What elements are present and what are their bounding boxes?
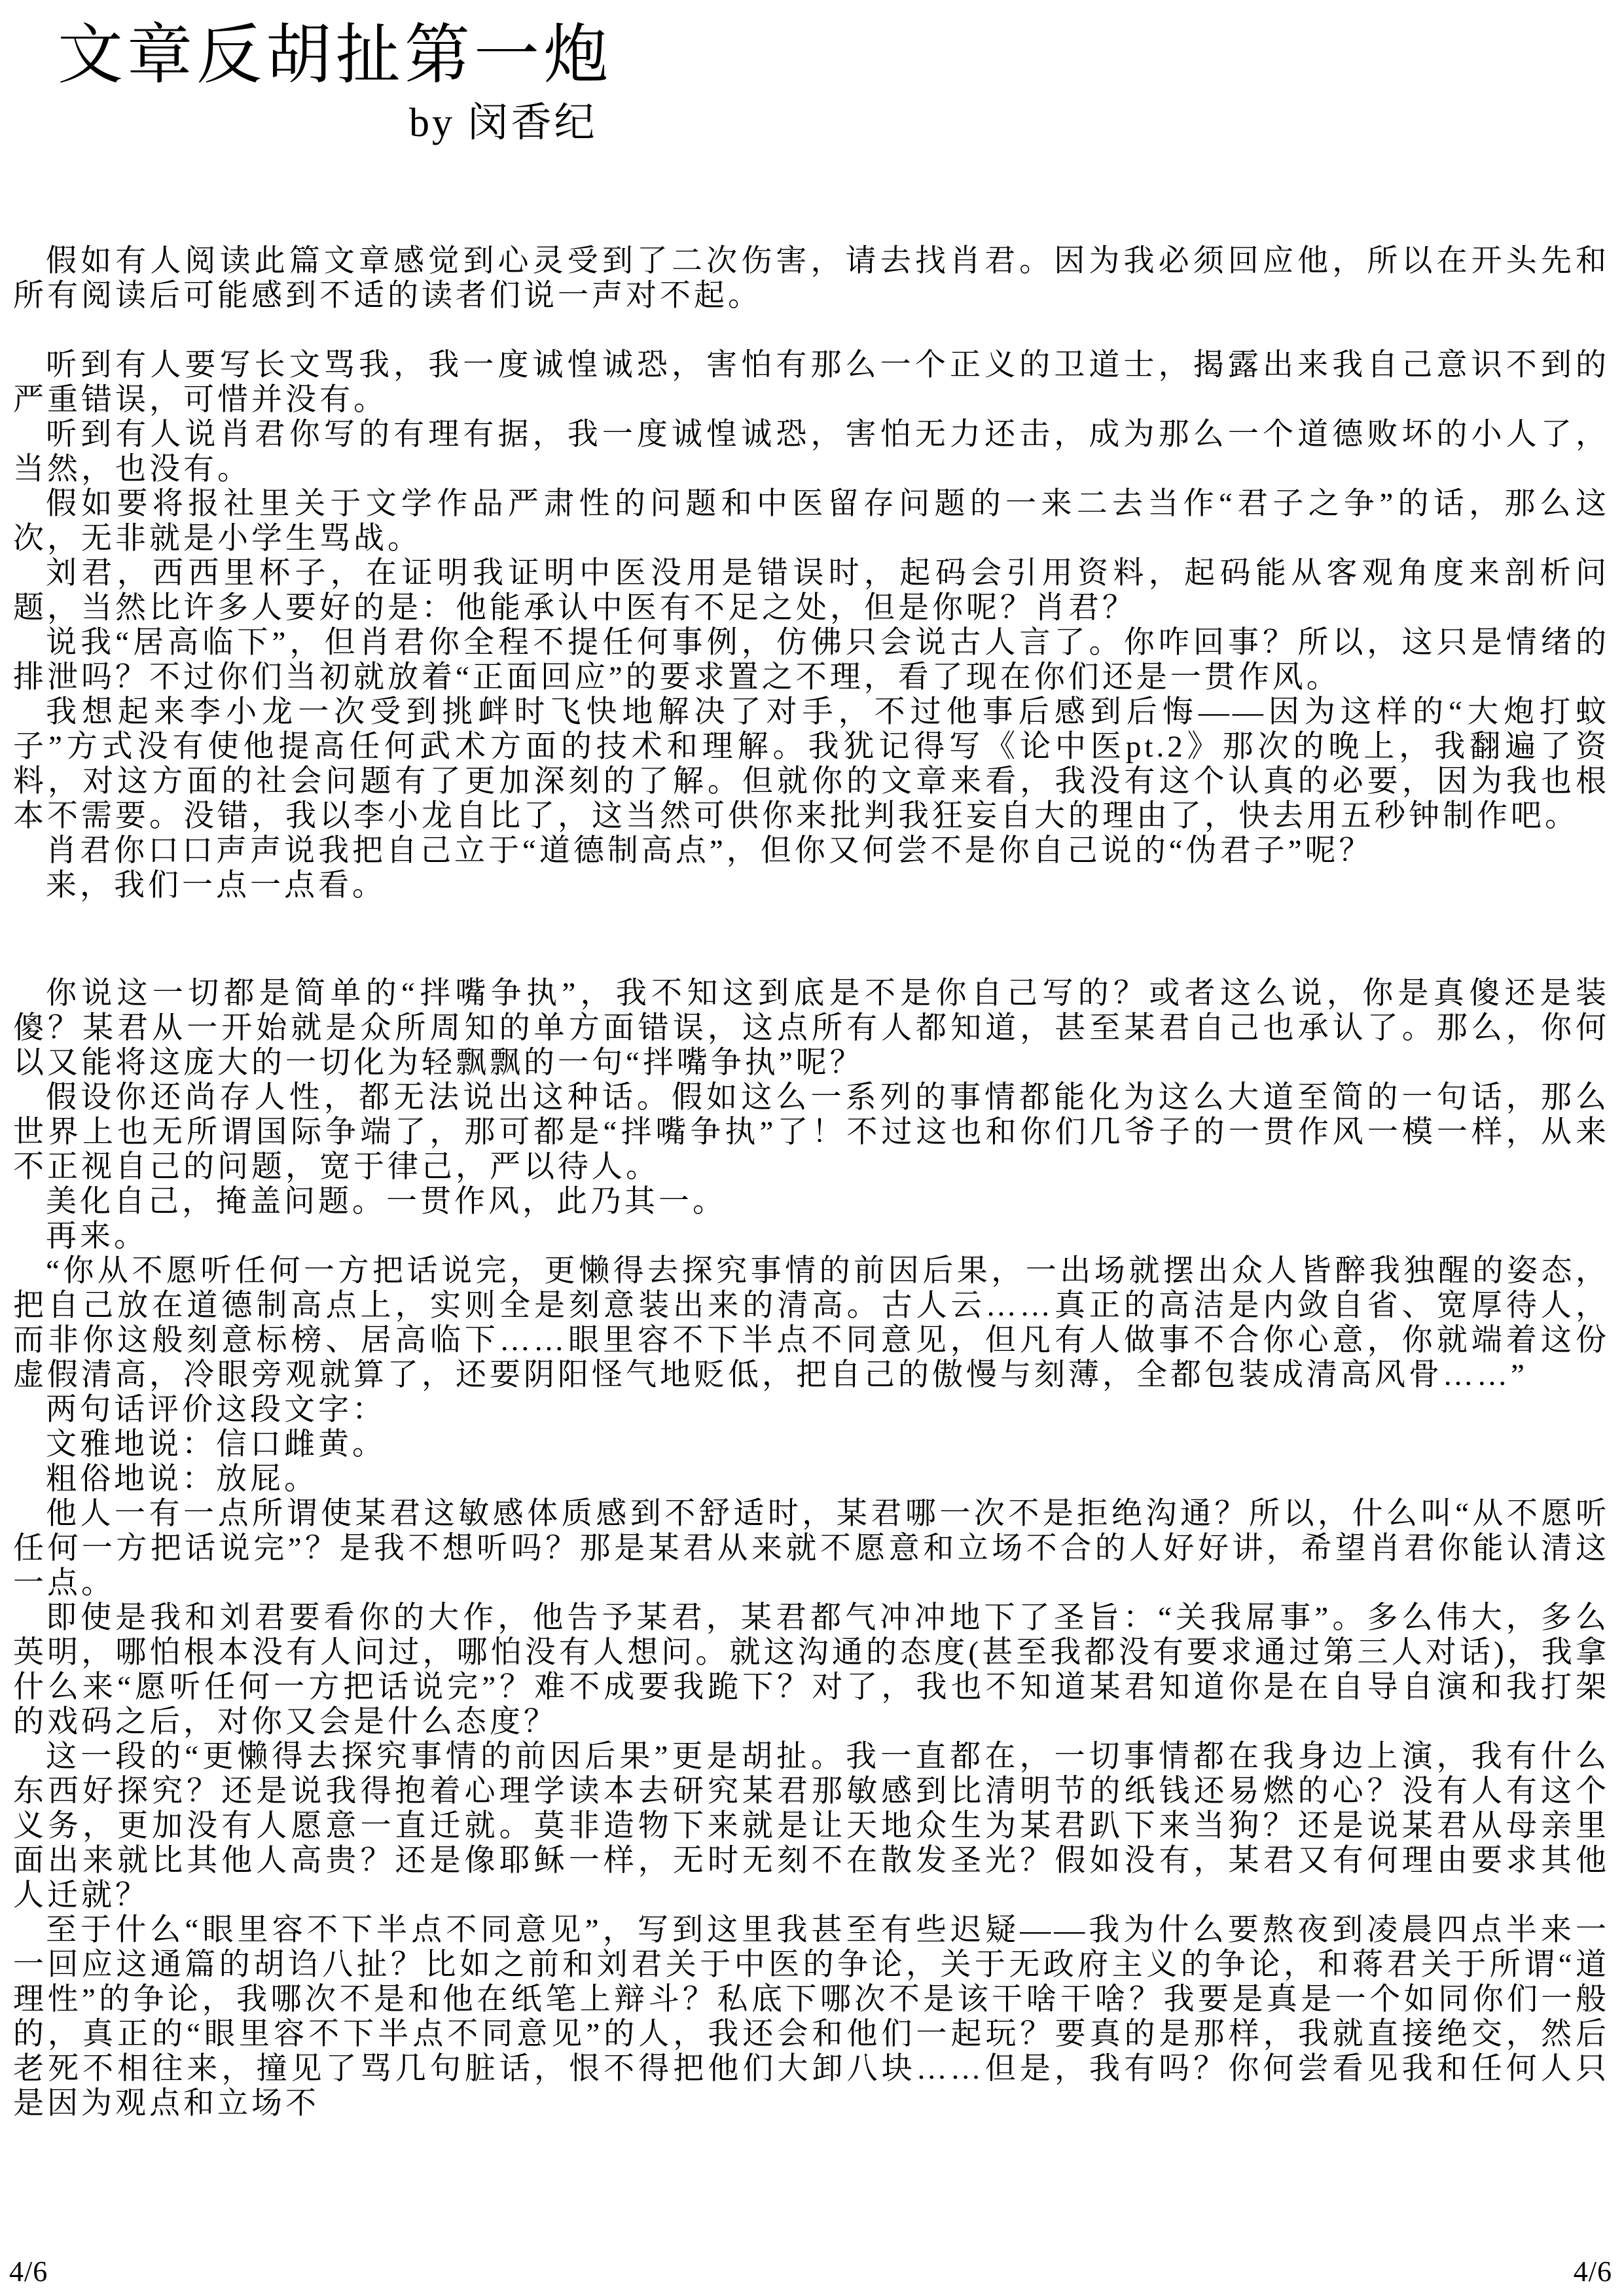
paragraph: 两句话评价这段文字： — [13, 1393, 1610, 1427]
paragraph: “你从不愿听任何一方把话说完，更懒得去探究事情的前因后果，一出场就摆出众人皆醉我… — [13, 1254, 1610, 1393]
paragraph: 我想起来李小龙一次受到挑衅时飞快地解决了对手，不过他事后感到后悔——因为这样的“… — [13, 695, 1610, 834]
paragraph: 来，我们一点一点看。 — [13, 869, 1610, 903]
paragraph: 听到有人要写长文骂我，我一度诚惶诚恐，害怕有那么一个正义的卫道士，揭露出来我自己… — [13, 348, 1610, 418]
paragraph: 美化自己，掩盖问题。一贯作风，此乃其一。 — [13, 1185, 1610, 1219]
paragraph: 假如有人阅读此篇文章感觉到心灵受到了二次伤害，请去找肖君。因为我必须回应他，所以… — [13, 244, 1610, 314]
paragraph: 这一段的“更懒得去探究事情的前因后果”更是胡扯。我一直都在，一切事情都在我身边上… — [13, 1740, 1610, 1913]
paragraph: 说我“居高临下”，但肖君你全程不提任何事例，仿佛只会说古人言了。你咋回事？所以，… — [13, 626, 1610, 695]
paragraph: 你说这一切都是简单的“拌嘴争执”，我不知这到底是不是你自己写的？或者这么说，你是… — [13, 977, 1610, 1081]
page-title: 文章反胡扯第一炮 — [58, 14, 1624, 96]
paragraph: 他人一有一点所谓使某君这敏感体质感到不舒适时，某君哪一次不是拒绝沟通？所以，什么… — [13, 1497, 1610, 1601]
document-page: 文章反胡扯第一炮 by 闵香纪 假如有人阅读此篇文章感觉到心灵受到了二次伤害，请… — [0, 0, 1624, 2296]
paragraph: 至于什么“眼里容不下半点不同意见”，写到这里我甚至有些迟疑——我为什么要熬夜到凌… — [13, 1913, 1610, 2121]
paragraph: 再来。 — [13, 1219, 1610, 1254]
paragraph: 听到有人说肖君你写的有理有据，我一度诚惶诚恐，害怕无力还击，成为那么一个道德败坏… — [13, 418, 1610, 487]
paragraph: 粗俗地说：放屁。 — [13, 1462, 1610, 1497]
paragraph: 文雅地说：信口雌黄。 — [13, 1427, 1610, 1462]
paragraph: 刘君，西西里杯子，在证明我证明中医没用是错误时，起码会引用资料，起码能从客观角度… — [13, 556, 1610, 626]
document-body: 假如有人阅读此篇文章感觉到心灵受到了二次伤害，请去找肖君。因为我必须回应他，所以… — [0, 244, 1624, 2121]
paragraph: 假如要将报社里关于文学作品严肃性的问题和中医留存问题的一来二去当作“君子之争”的… — [13, 487, 1610, 556]
paragraph: 假设你还尚存人性，都无法说出这种话。假如这么一系列的事情都能化为这么大道至简的一… — [13, 1081, 1610, 1185]
paragraph: 即使是我和刘君要看你的大作，他告予某君，某君都气冲冲地下了圣旨：“关我屌事”。多… — [13, 1601, 1610, 1740]
paragraph: 肖君你口口声声说我把自己立于“道德制高点”，但你又何尝不是你自己说的“伪君子”呢… — [13, 834, 1610, 869]
page-number-left: 4/6 — [9, 2255, 48, 2288]
page-number-right: 4/6 — [1574, 2255, 1612, 2288]
byline: by 闵香纪 — [409, 99, 1624, 147]
